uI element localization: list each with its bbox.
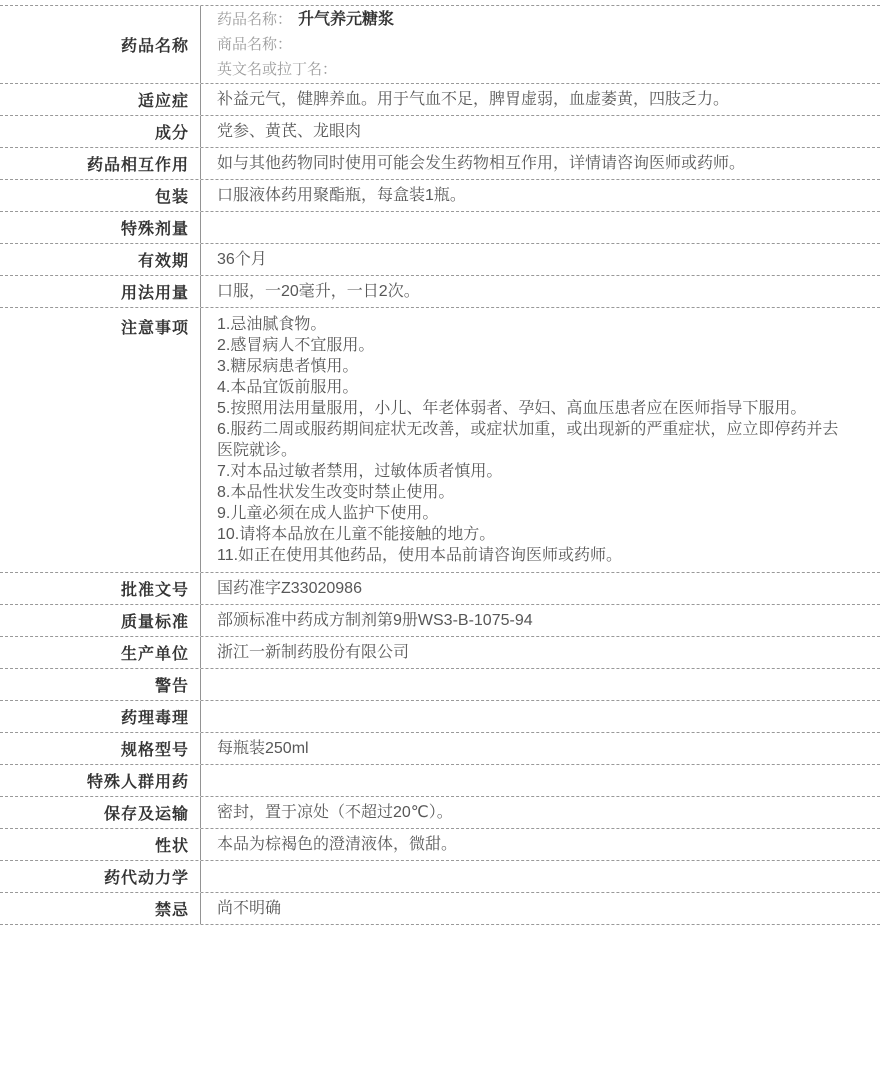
- row-manufacturer: 生产单位 浙江一新制药股份有限公司: [0, 636, 880, 668]
- drug-name-value: 升气养元糖浆: [298, 11, 394, 28]
- row-label: 性状: [0, 829, 201, 860]
- row-approval-number: 批准文号 国药准字Z33020986: [0, 572, 880, 604]
- english-name-line: 英文名或拉丁名：: [217, 57, 337, 82]
- row-label: 适应症: [0, 84, 201, 115]
- row-value: 口服，一20毫升，一日2次。: [201, 276, 880, 307]
- row-indications: 适应症 补益元气，健脾养血。用于气血不足，脾胃虚弱，血虚萎黄，四肢乏力。: [0, 83, 880, 115]
- row-warning: 警告: [0, 668, 880, 700]
- row-special-dosage: 特殊剂量: [0, 211, 880, 243]
- row-drug-interactions: 药品相互作用 如与其他药物同时使用可能会发生药物相互作用，详情请咨询医师或药师。: [0, 147, 880, 179]
- row-value: 本品为棕褐色的澄清液体，微甜。: [201, 829, 880, 860]
- row-pharmacokinetics: 药代动力学: [0, 860, 880, 892]
- precaution-line: 3.糖尿病患者慎用。: [217, 356, 358, 377]
- row-value: [201, 861, 880, 892]
- row-dosage-administration: 用法用量 口服，一20毫升，一日2次。: [0, 275, 880, 307]
- row-label: 药理毒理: [0, 701, 201, 732]
- row-label: 生产单位: [0, 637, 201, 668]
- precaution-line: 1.忌油腻食物。: [217, 314, 326, 335]
- row-label: 警告: [0, 669, 201, 700]
- row-label: 特殊人群用药: [0, 765, 201, 796]
- row-shelf-life: 有效期 36个月: [0, 243, 880, 275]
- row-value: 药品名称：升气养元糖浆 商品名称： 英文名或拉丁名：: [201, 6, 880, 83]
- precaution-line: 6.服药二周或服药期间症状无改善，或症状加重，或出现新的严重症状，应立即停药并去: [217, 419, 838, 440]
- row-description: 性状 本品为棕褐色的澄清液体，微甜。: [0, 828, 880, 860]
- precaution-line: 8.本品性状发生改变时禁止使用。: [217, 482, 454, 503]
- precaution-line: 9.儿童必须在成人监护下使用。: [217, 503, 438, 524]
- row-value: 补益元气，健脾养血。用于气血不足，脾胃虚弱，血虚萎黄，四肢乏力。: [201, 84, 880, 115]
- row-value: 密封，置于凉处（不超过20℃）。: [201, 797, 880, 828]
- trade-name-field-label: 商品名称：: [217, 36, 292, 53]
- row-value: 1.忌油腻食物。 2.感冒病人不宜服用。 3.糖尿病患者慎用。 4.本品宜饭前服…: [201, 308, 880, 572]
- row-label: 药品名称: [0, 6, 201, 83]
- row-label: 有效期: [0, 244, 201, 275]
- row-special-populations: 特殊人群用药: [0, 764, 880, 796]
- row-value: 如与其他药物同时使用可能会发生药物相互作用，详情请咨询医师或药师。: [201, 148, 880, 179]
- row-value: 尚不明确: [201, 893, 880, 924]
- row-quality-standard: 质量标准 部颁标准中药成方制剂第9册WS3-B-1075-94: [0, 604, 880, 636]
- row-value: [201, 765, 880, 796]
- drug-name-line: 药品名称：升气养元糖浆: [217, 7, 394, 32]
- precaution-line: 11.如正在使用其他药品，使用本品前请咨询医师或药师。: [217, 545, 622, 566]
- row-value: 口服液体药用聚酯瓶，每盒装1瓶。: [201, 180, 880, 211]
- row-storage-transport: 保存及运输 密封，置于凉处（不超过20℃）。: [0, 796, 880, 828]
- row-label: 药代动力学: [0, 861, 201, 892]
- precaution-line: 5.按照用法用量服用，小儿、年老体弱者、孕妇、高血压患者应在医师指导下服用。: [217, 398, 806, 419]
- row-value: [201, 669, 880, 700]
- trade-name-line: 商品名称：: [217, 32, 292, 57]
- precaution-line: 10.请将本品放在儿童不能接触的地方。: [217, 524, 495, 545]
- row-label: 成分: [0, 116, 201, 147]
- row-contraindications: 禁忌 尚不明确: [0, 892, 880, 924]
- row-pharmacology-toxicology: 药理毒理: [0, 700, 880, 732]
- row-value: [201, 212, 880, 243]
- row-label: 批准文号: [0, 573, 201, 604]
- row-value: 36个月: [201, 244, 880, 275]
- row-value: 国药准字Z33020986: [201, 573, 880, 604]
- row-value: 党参、黄芪、龙眼肉: [201, 116, 880, 147]
- row-label: 特殊剂量: [0, 212, 201, 243]
- english-name-field-label: 英文名或拉丁名：: [217, 61, 337, 78]
- precaution-line: 2.感冒病人不宜服用。: [217, 335, 374, 356]
- row-value: 部颁标准中药成方制剂第9册WS3-B-1075-94: [201, 605, 880, 636]
- precaution-line: 4.本品宜饭前服用。: [217, 377, 358, 398]
- row-ingredients: 成分 党参、黄芪、龙眼肉: [0, 115, 880, 147]
- row-label: 用法用量: [0, 276, 201, 307]
- row-value: 浙江一新制药股份有限公司: [201, 637, 880, 668]
- row-drug-name: 药品名称 药品名称：升气养元糖浆 商品名称： 英文名或拉丁名：: [0, 5, 880, 83]
- row-label: 禁忌: [0, 893, 201, 924]
- row-label: 规格型号: [0, 733, 201, 764]
- precaution-line: 医院就诊。: [217, 440, 297, 461]
- row-label: 药品相互作用: [0, 148, 201, 179]
- precaution-line: 7.对本品过敏者禁用，过敏体质者慎用。: [217, 461, 502, 482]
- row-value: 每瓶装250ml: [201, 733, 880, 764]
- row-value: [201, 701, 880, 732]
- row-precautions: 注意事项 1.忌油腻食物。 2.感冒病人不宜服用。 3.糖尿病患者慎用。 4.本…: [0, 307, 880, 572]
- drug-info-table: 药品名称 药品名称：升气养元糖浆 商品名称： 英文名或拉丁名： 适应症 补益元气…: [0, 5, 880, 925]
- row-packaging: 包装 口服液体药用聚酯瓶，每盒装1瓶。: [0, 179, 880, 211]
- row-specification: 规格型号 每瓶装250ml: [0, 732, 880, 764]
- drug-name-field-label: 药品名称：: [217, 11, 292, 28]
- row-label: 质量标准: [0, 605, 201, 636]
- row-label: 保存及运输: [0, 797, 201, 828]
- row-label: 注意事项: [0, 308, 201, 572]
- row-label: 包装: [0, 180, 201, 211]
